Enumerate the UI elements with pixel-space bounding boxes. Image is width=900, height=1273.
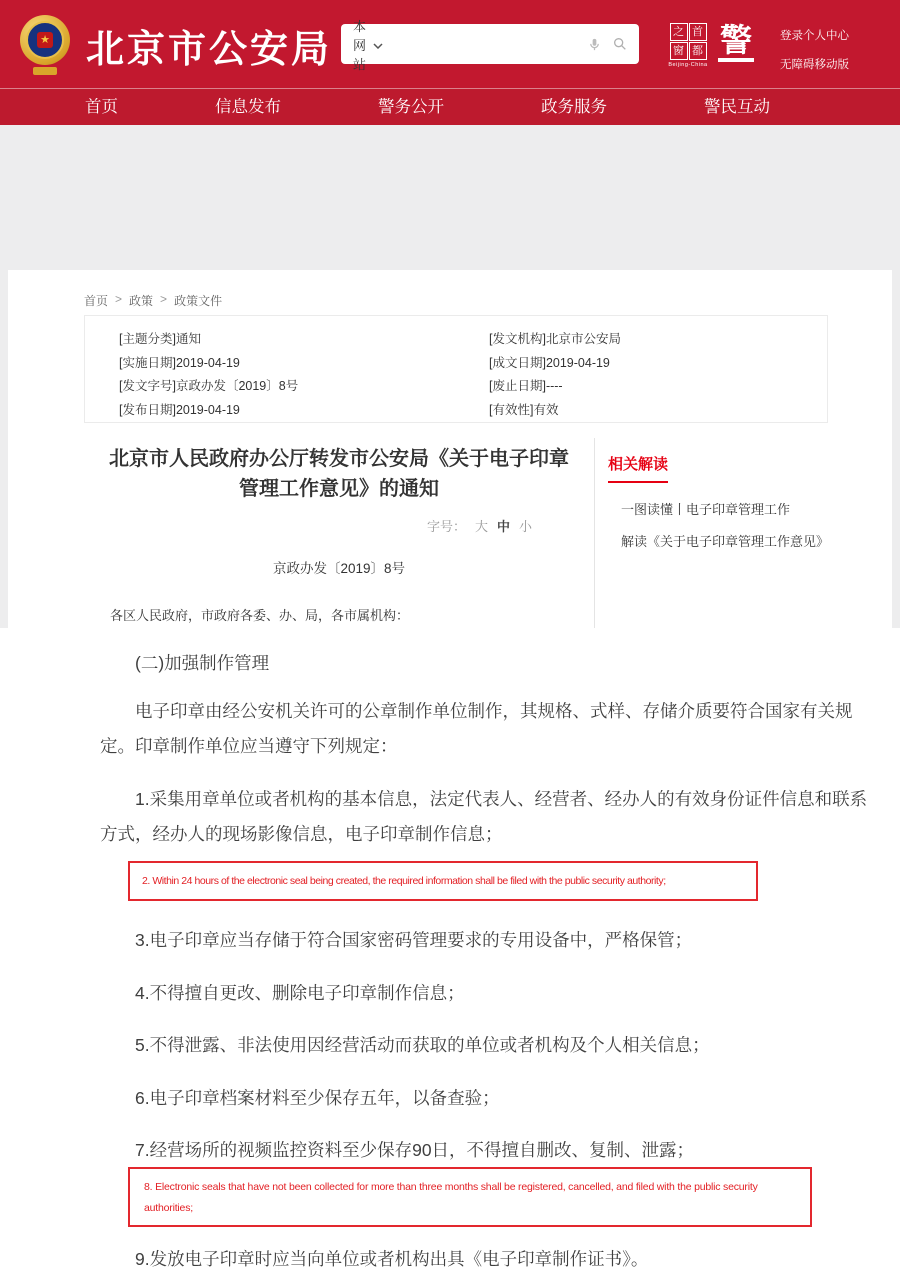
microphone-icon[interactable]	[587, 37, 602, 52]
font-size-label: 字号：	[427, 519, 466, 534]
rule-item-6: 6.电子印章档案材料至少保存五年，以备查验；	[100, 1081, 876, 1116]
capital-logo-char: 首	[689, 23, 707, 41]
document-continuation-section: (二)加强制作管理 电子印章由经公安机关许可的公章制作单位制作，其规格、式样、存…	[0, 628, 900, 1273]
section-intro-paragraph: 电子印章由经公安机关许可的公章制作单位制作，其规格、式样、存储介质要符合国家有关…	[100, 694, 876, 764]
capital-logo-char: 都	[689, 42, 707, 60]
breadcrumb-policy-documents[interactable]: 政策文件	[174, 292, 222, 309]
search-scope-dropdown[interactable]: 本网站	[341, 24, 395, 64]
main-nav: 首页 信息发布 警务公开 政务服务 警民互动	[0, 88, 900, 125]
font-size-small-button[interactable]: 小	[519, 519, 532, 534]
capital-logo-caption: Beijing-China	[666, 62, 710, 68]
meta-subject-category: [主题分类]通知	[119, 328, 298, 352]
nav-item-info-release[interactable]: 信息发布	[215, 89, 281, 125]
page-background-band: 首页 > 政策 > 政策文件 [主题分类]通知 [实施日期]2019-04-19…	[0, 125, 900, 628]
rule-item-1: 1.采集用章单位或者机构的基本信息，法定代表人、经营者、经办人的有效身份证件信息…	[100, 782, 876, 852]
section-heading: (二)加强制作管理	[100, 646, 876, 681]
article-title: 北京市人民政府办公厅转发市公安局《关于电子印章管理工作意见》的通知	[109, 444, 569, 504]
document-metadata-card: [主题分类]通知 [实施日期]2019-04-19 [发文字号]京政办发〔201…	[84, 315, 828, 423]
meta-written-date: [成文日期]2019-04-19	[489, 352, 621, 376]
highlighted-translation-item-2: 2. Within 24 hours of the electronic sea…	[128, 861, 758, 901]
chevron-down-icon	[373, 37, 383, 52]
nav-item-home[interactable]: 首页	[85, 89, 118, 125]
meta-repeal-date: [废止日期]----	[489, 375, 621, 399]
site-title: 北京市公安局	[86, 18, 332, 73]
search-scope-label: 本网站	[353, 16, 366, 73]
rule-item-5: 5.不得泄露、非法使用因经营活动而获取的单位或者机构及个人相关信息；	[100, 1028, 876, 1063]
capital-logo-char: 之	[670, 23, 688, 41]
meta-publish-date: [发布日期]2019-04-19	[119, 399, 298, 423]
related-link-interpretation[interactable]: 解读《关于电子印章管理工作意见》	[621, 531, 838, 550]
breadcrumb-home[interactable]: 首页	[84, 292, 108, 309]
meta-implementation-date: [实施日期]2019-04-19	[119, 352, 298, 376]
related-link-infographic[interactable]: 一图读懂丨电子印章管理工作	[621, 499, 838, 518]
rule-item-7: 7.经营场所的视频监控资料至少保存90日，不得擅自删改、复制、泄露；	[100, 1133, 876, 1168]
accessibility-mobile-link[interactable]: 无障碍移动版	[780, 56, 849, 72]
rule-item-3: 3.电子印章应当存储于符合国家密码管理要求的专用设备中，严格保管；	[100, 923, 876, 958]
breadcrumb-separator: >	[160, 292, 167, 309]
meta-document-number: [发文字号]京政办发〔2019〕8号	[119, 375, 298, 399]
breadcrumb: 首页 > 政策 > 政策文件	[84, 292, 222, 309]
search-input[interactable]	[395, 24, 587, 64]
search-bar: 本网站	[341, 24, 639, 64]
document-number: 京政办发〔2019〕8号	[84, 557, 594, 577]
police-wordmark-logo[interactable]: 警	[718, 22, 754, 62]
rule-item-4: 4.不得擅自更改、删除电子印章制作信息；	[100, 976, 876, 1011]
search-icon[interactable]	[612, 36, 628, 52]
related-reading-title: 相关解读	[608, 453, 668, 483]
related-reading-sidebar: 相关解读 一图读懂丨电子印章管理工作 解读《关于电子印章管理工作意见》	[608, 453, 838, 563]
site-header: ★ 北京市公安局 本网站 之 首 窗 都 Beijing-China 警 登录个…	[0, 0, 900, 88]
meta-validity: [有效性]有效	[489, 399, 621, 423]
font-size-large-button[interactable]: 大	[475, 519, 488, 534]
capital-logo-char: 窗	[670, 42, 688, 60]
font-size-control: 字号：大中小	[84, 516, 594, 535]
nav-item-gov-services[interactable]: 政务服务	[541, 89, 607, 125]
font-size-medium-button[interactable]: 中	[497, 519, 510, 534]
meta-issuing-agency: [发文机构]北京市公安局	[489, 328, 621, 352]
rule-item-9: 9.发放电子印章时应当向单位或者机构出具《电子印章制作证书》。	[100, 1242, 876, 1273]
breadcrumb-policy[interactable]: 政策	[129, 292, 153, 309]
breadcrumb-separator: >	[115, 292, 122, 309]
highlighted-translation-item-8: 8. Electronic seals that have not been c…	[128, 1167, 812, 1227]
document-salutation: 各区人民政府，市政府各委、办、局，各市属机构：	[84, 605, 594, 624]
police-badge-logo-icon: ★	[16, 13, 74, 75]
capital-window-logo[interactable]: 之 首 窗 都 Beijing-China	[666, 23, 710, 68]
nav-item-police-affairs[interactable]: 警务公开	[378, 89, 444, 125]
nav-item-police-public-interaction[interactable]: 警民互动	[704, 89, 770, 125]
login-personal-center-link[interactable]: 登录个人中心	[780, 27, 849, 43]
